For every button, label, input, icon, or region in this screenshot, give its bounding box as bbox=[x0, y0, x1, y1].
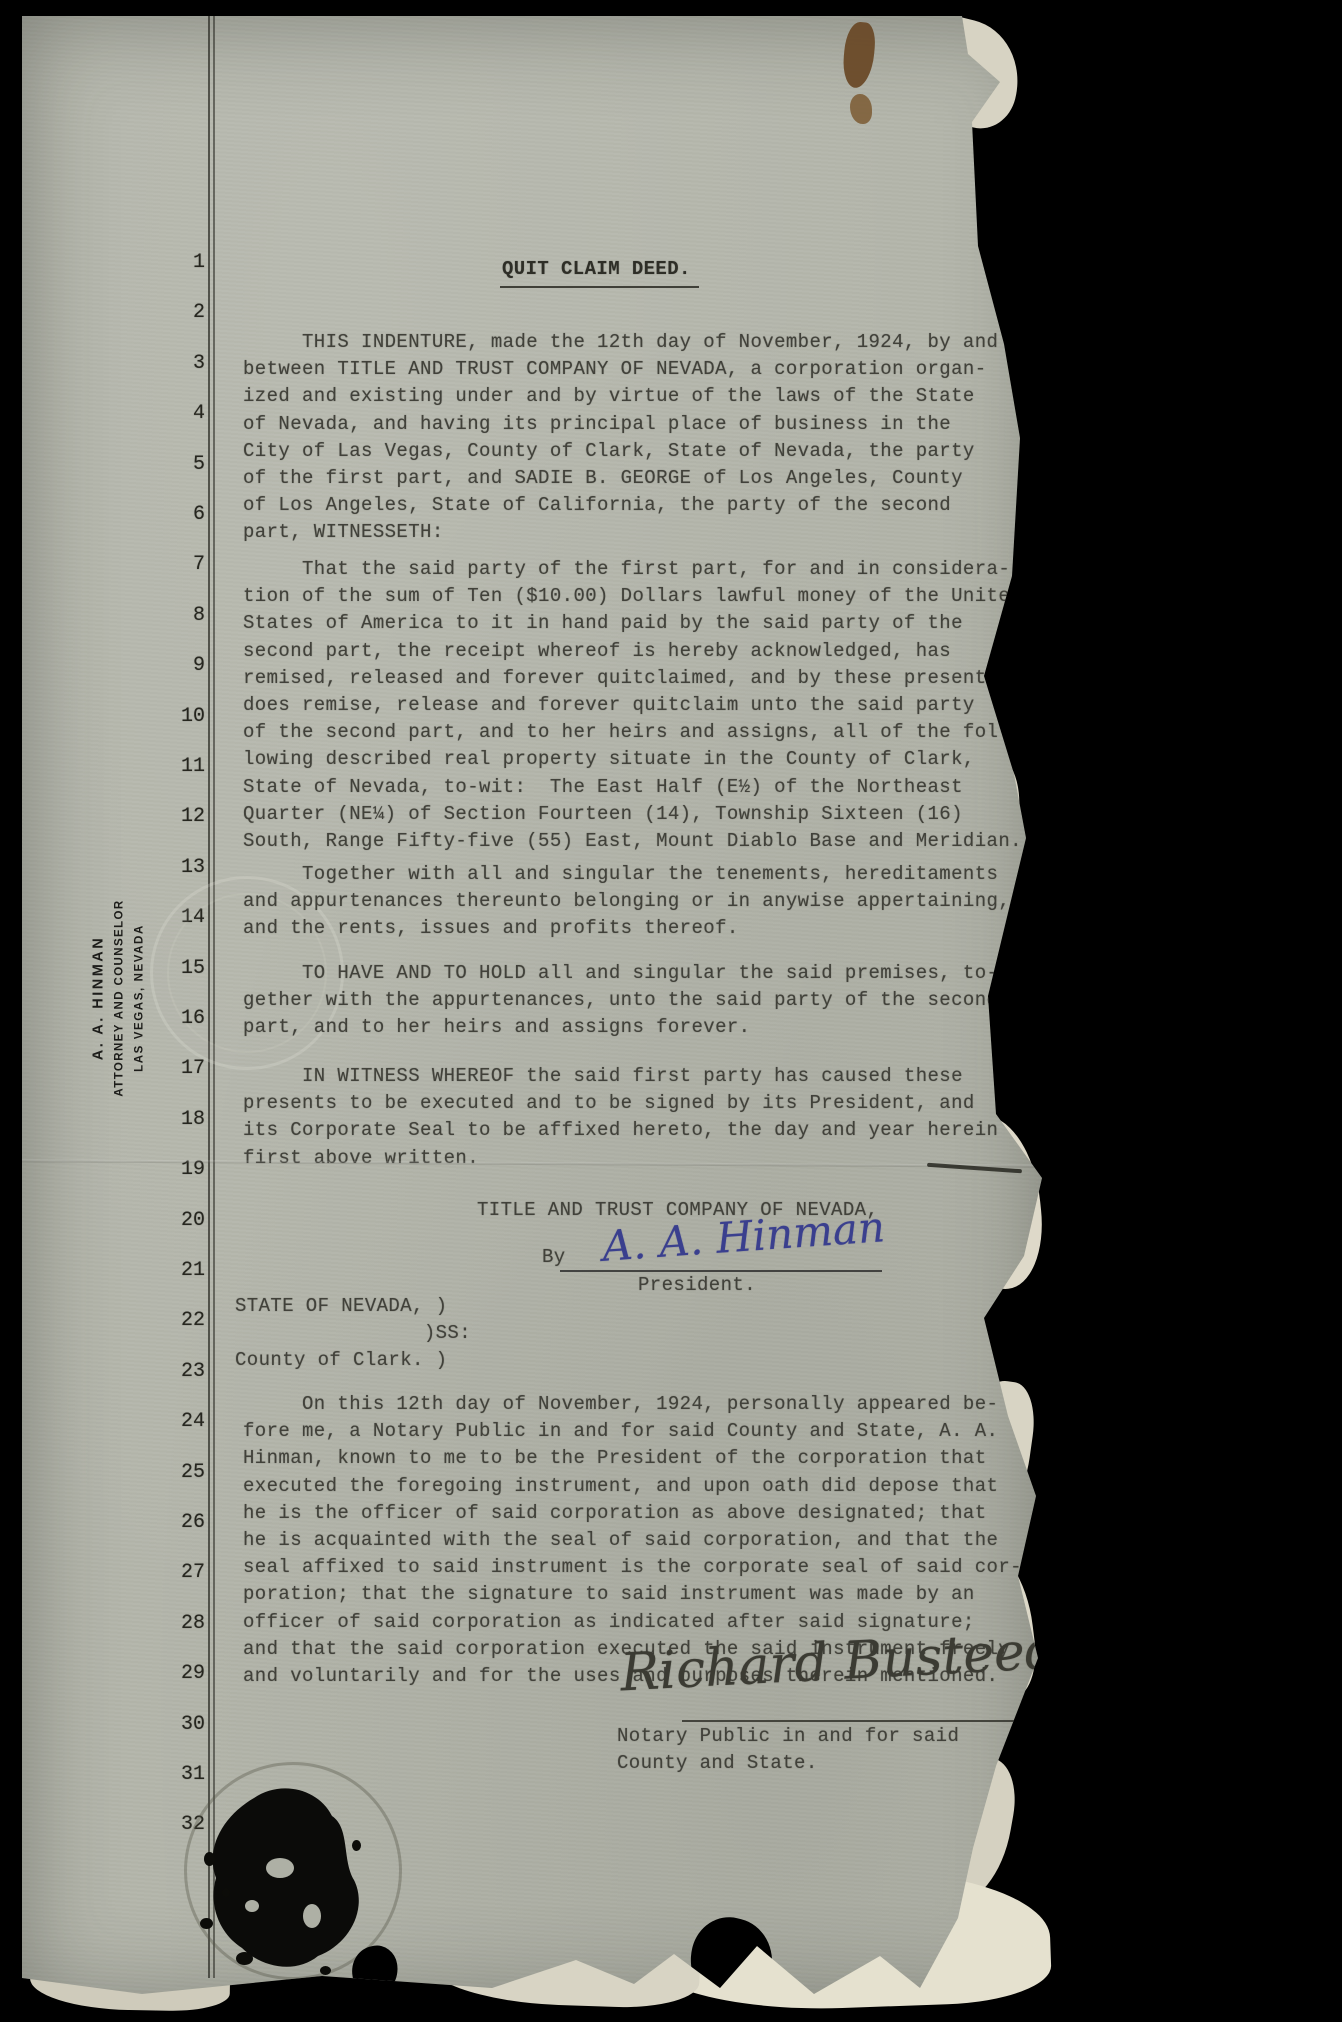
paragraph-to-have-and-to-hold: TO HAVE AND TO HOLD all and singular the… bbox=[243, 960, 998, 1042]
letterhead-attorney-location: LAS VEGAS, NEVADA bbox=[130, 899, 150, 1096]
line-number: 6 bbox=[155, 503, 205, 526]
by-label: By bbox=[542, 1244, 566, 1271]
line-number: 9 bbox=[155, 654, 205, 677]
line-number: 12 bbox=[155, 805, 205, 828]
line-number: 8 bbox=[155, 604, 205, 627]
line-number: 23 bbox=[155, 1360, 205, 1383]
line-number: 25 bbox=[155, 1461, 205, 1484]
line-number: 21 bbox=[155, 1259, 205, 1282]
scanned-document-page: 1234567891011121314151617181920212223242… bbox=[0, 0, 1342, 2022]
paragraph-in-witness-whereof: IN WITNESS WHEREOF the said first party … bbox=[243, 1063, 998, 1172]
document-title: QUIT CLAIM DEED. bbox=[500, 256, 699, 288]
line-number: 26 bbox=[155, 1511, 205, 1534]
line-number: 7 bbox=[155, 553, 205, 576]
ink-speck bbox=[352, 1840, 361, 1851]
line-number: 28 bbox=[155, 1612, 205, 1635]
line-number: 3 bbox=[155, 352, 205, 375]
ink-speck bbox=[320, 1966, 331, 1975]
line-number: 10 bbox=[155, 705, 205, 728]
notary-caption: Notary Public in and for said County and… bbox=[617, 1723, 959, 1777]
president-title: President. bbox=[638, 1272, 756, 1299]
line-number: 5 bbox=[155, 453, 205, 476]
letterhead-attorney-title: ATTORNEY AND COUNSELOR bbox=[110, 899, 130, 1096]
signature-line bbox=[682, 1720, 1040, 1722]
line-number: 13 bbox=[155, 856, 205, 879]
deed-paper: 1234567891011121314151617181920212223242… bbox=[22, 16, 1042, 2006]
line-number: 27 bbox=[155, 1561, 205, 1584]
line-number: 22 bbox=[155, 1309, 205, 1332]
ink-speck bbox=[222, 1888, 230, 1897]
line-number: 17 bbox=[155, 1057, 205, 1080]
letterhead-attorney-name: A. A. HINMAN bbox=[89, 899, 110, 1096]
line-number: 1 bbox=[155, 251, 205, 274]
venue-block: STATE OF NEVADA, ) )SS: County of Clark.… bbox=[235, 1293, 471, 1375]
line-number: 30 bbox=[155, 1713, 205, 1736]
line-number: 29 bbox=[155, 1662, 205, 1685]
stain bbox=[850, 94, 872, 124]
line-number: 4 bbox=[155, 402, 205, 425]
line-number: 18 bbox=[155, 1108, 205, 1131]
ink-speck bbox=[200, 1918, 213, 1929]
paragraph-together-with: Together with all and singular the tenem… bbox=[243, 861, 1010, 943]
line-number: 24 bbox=[155, 1410, 205, 1433]
ink-speck bbox=[236, 1952, 253, 1965]
paragraph-indenture: THIS INDENTURE, made the 12th day of Nov… bbox=[243, 329, 998, 547]
line-number: 20 bbox=[155, 1209, 205, 1232]
paragraph-consideration: That the said party of the first part, f… bbox=[243, 556, 1022, 855]
line-number: 2 bbox=[155, 301, 205, 324]
line-number: 11 bbox=[155, 755, 205, 778]
stain bbox=[841, 21, 877, 89]
ink-speck bbox=[204, 1852, 215, 1866]
